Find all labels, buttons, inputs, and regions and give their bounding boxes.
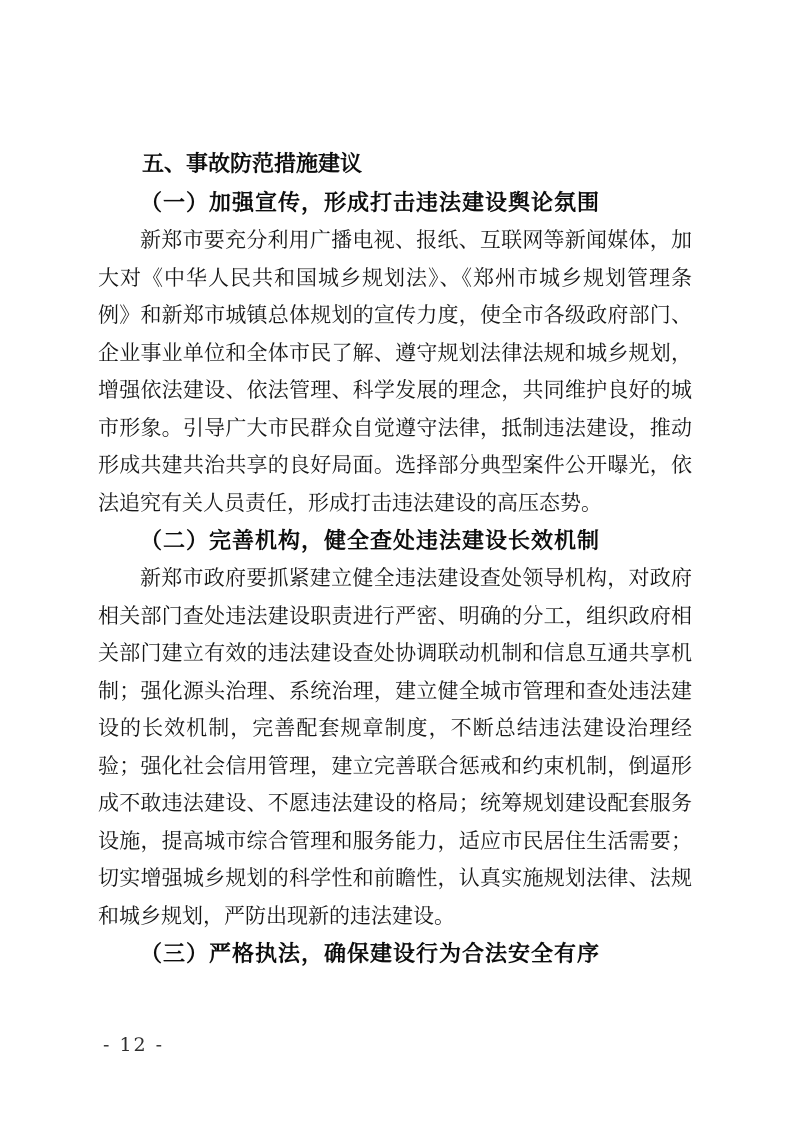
heading-subsection-1: （一）加强宣传，形成打击违法建设舆论氛围: [98, 184, 692, 222]
paragraph-1: 新郑市要充分利用广播电视、报纸、互联网等新闻媒体，加大对《中华人民共和国城乡规划…: [98, 222, 692, 522]
heading-subsection-3: （三）严格执法，确保建设行为合法安全有序: [98, 935, 692, 973]
page-number: - 12 -: [103, 1034, 164, 1056]
heading-section-5: 五、事故防范措施建议: [98, 146, 692, 184]
document-body: 五、事故防范措施建议 （一）加强宣传，形成打击违法建设舆论氛围 新郑市要充分利用…: [98, 146, 692, 973]
paragraph-2: 新郑市政府要抓紧建立健全违法建设查处领导机构，对政府相关部门查处违法建设职责进行…: [98, 560, 692, 935]
document-page: 五、事故防范措施建议 （一）加强宣传，形成打击违法建设舆论氛围 新郑市要充分利用…: [0, 0, 793, 1122]
heading-subsection-2: （二）完善机构，健全查处违法建设长效机制: [98, 522, 692, 560]
